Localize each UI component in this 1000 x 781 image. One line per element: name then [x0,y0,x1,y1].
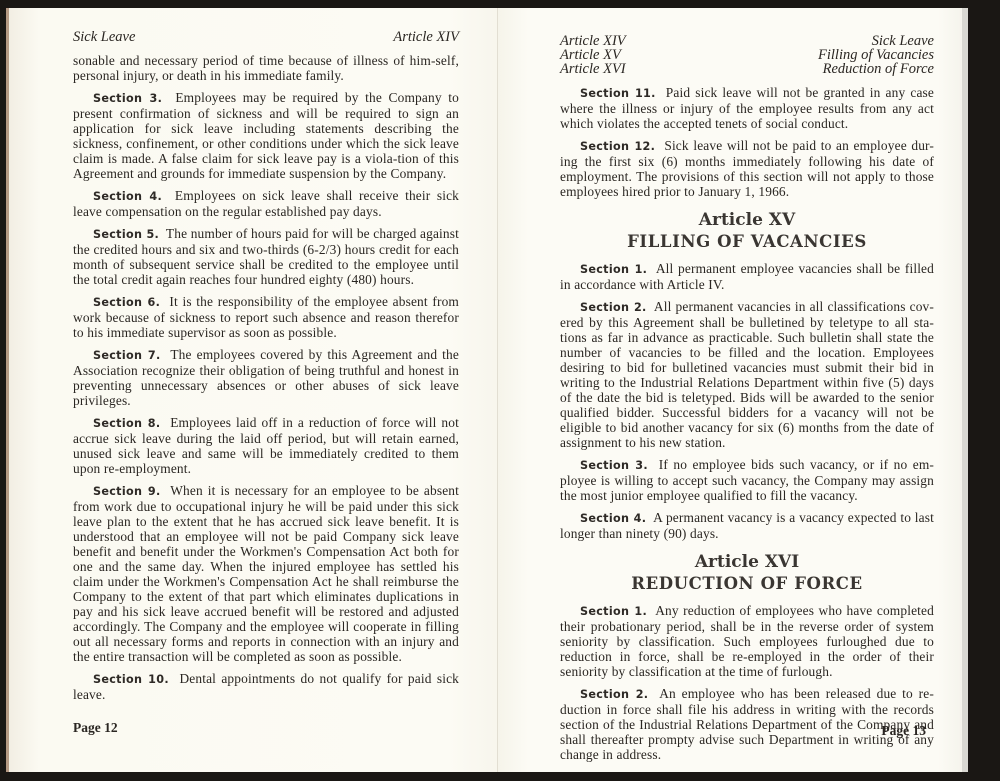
running-head: Sick Leave Article XIV [73,30,459,44]
section-label: Section 1. [580,263,647,276]
right-text-column: Article XIV Article XV Article XVI Sick … [560,34,934,769]
running-head-article: Article XV [560,48,626,62]
section-paragraph: Section 6. It is the responsibility of t… [73,294,459,340]
section-label: Section 8. [93,417,160,430]
article-subtitle: REDUCTION OF FORCE [560,573,934,595]
section-label: Section 3. [580,459,648,472]
section-label: Section 7. [93,349,161,362]
section-label: Section 4. [93,190,162,203]
section-paragraph: Section 8. Employees laid off in a reduc… [73,415,459,476]
running-head-section: Sick Leave [73,30,135,44]
section-label: Section 2. [580,301,647,314]
section-label: Section 1. [580,605,647,618]
section-paragraph: Section 2. An employee who has been rele… [560,686,934,762]
section-paragraph: Section 9. When it is necessary for an e… [73,483,459,664]
section-text: All permanent vacancies in all classific… [560,299,934,450]
page-number: Page 12 [73,720,118,736]
section-paragraph: Section 10. Dental appointments do not q… [73,671,459,702]
right-page: Article XIV Article XV Article XVI Sick … [498,8,968,772]
article-xvi-paragraphs: Section 1. Any reduction of employees wh… [560,603,934,762]
booklet-spread: Sick Leave Article XIV sonable and neces… [0,0,1000,781]
section-paragraph: Section 4. Employees on sick leave shall… [73,188,459,219]
article-title: Article XV [560,209,934,231]
section-label: Section 5. [93,228,159,241]
section-label: Section 6. [93,296,160,309]
article-subtitle: FILLING OF VACANCIES [560,231,934,253]
running-head-topics: Sick Leave Filling of Vacancies Reductio… [818,34,934,76]
left-paragraphs: sonable and necessary period of time bec… [73,53,459,702]
section-label: Section 4. [580,512,646,525]
section-label: Section 12. [580,140,655,153]
running-head-article: Article XIV [393,30,459,44]
running-head-article: Article XIV [560,34,626,48]
section-paragraph: Section 1. All permanent employee vacanc… [560,261,934,292]
article-xvi-heading: Article XVI REDUCTION OF FORCE [560,551,934,595]
section-paragraph: Section 3. If no employee bids such vaca… [560,457,934,503]
page-number: Page 13 [881,723,926,739]
running-head-topic: Filling of Vacancies [818,48,934,62]
section-text: When it is necessary for an employee to … [73,483,459,664]
article-xv-paragraphs: Section 1. All permanent employee vacanc… [560,261,934,541]
section-label: Section 9. [93,485,161,498]
section-label: Section 3. [93,92,162,105]
running-head-topic: Sick Leave [818,34,934,48]
running-head: Article XIV Article XV Article XVI Sick … [560,34,934,76]
section-label: Section 2. [580,688,648,701]
article-title: Article XVI [560,551,934,573]
continued-paragraph: sonable and necessary period of time bec… [73,53,459,83]
running-head-article: Article XVI [560,62,626,76]
left-page: Sick Leave Article XIV sonable and neces… [6,8,498,772]
section-paragraph: Section 1. Any reduction of employees wh… [560,603,934,679]
section-paragraph: Section 3. Employees may be required by … [73,90,459,181]
section-paragraph: Section 2. All permanent vacancies in al… [560,299,934,450]
running-head-topic: Reduction of Force [818,62,934,76]
running-head-articles: Article XIV Article XV Article XVI [560,34,626,76]
intro-paragraphs: Section 11. Paid sick leave will not be … [560,85,934,199]
section-paragraph: Section 7. The employees covered by this… [73,347,459,408]
section-label: Section 11. [580,87,656,100]
article-xv-heading: Article XV FILLING OF VACANCIES [560,209,934,253]
section-paragraph: Section 4. A permanent vacancy is a vaca… [560,510,934,541]
section-text: sonable and necessary period of time bec… [73,53,459,83]
section-paragraph: Section 11. Paid sick leave will not be … [560,85,934,131]
section-paragraph: Section 5. The number of hours paid for … [73,226,459,287]
left-text-column: Sick Leave Article XIV sonable and neces… [73,30,459,709]
section-paragraph: Section 12. Sick leave will not be paid … [560,138,934,199]
section-label: Section 10. [93,673,169,686]
